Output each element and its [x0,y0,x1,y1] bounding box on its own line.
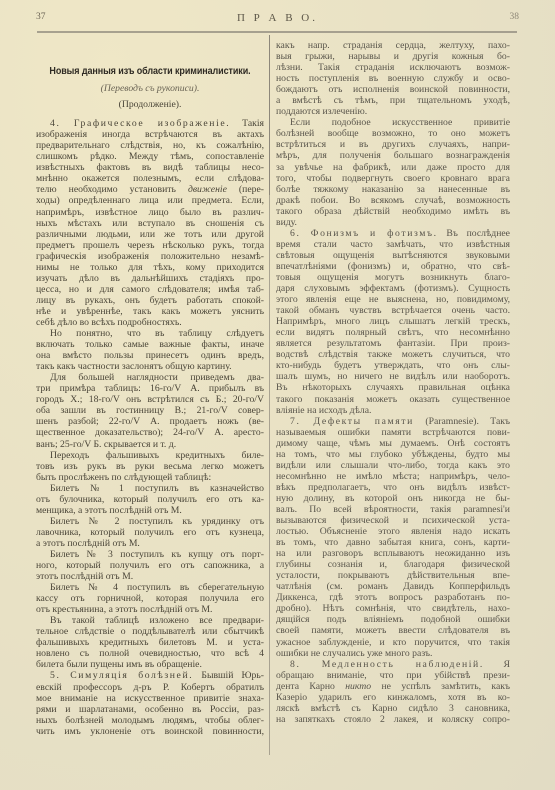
article-subtitle: (Переводъ съ рукописи). [36,83,264,94]
paragraph-phonism-photism: 6. Фонизмъ и фотизмъ. Въ послѣднее время… [276,228,510,416]
section-lead: 5. Симуляція болѣзней. [50,670,193,681]
header-rule [37,31,517,33]
right-column: какъ напр. страданія сердца, желтуху, па… [276,40,510,725]
paragraph-simulation-of-diseases: 5. Симуляція болѣзней. Бывшій Юрь- евскі… [36,670,264,736]
running-head: 37 П Р А В О. 38 [36,10,519,26]
paragraph: какъ напр. страданія сердца, желтуху, па… [276,40,510,117]
paragraph: Переходъ фальшивыхъ кредитныхъ биле- тов… [36,450,264,483]
paragraph: Если подобное искусственное привитіе бол… [276,117,510,227]
left-column: Новыя данныя изъ области криминалистики.… [36,40,264,737]
paragraph-memory-defects: 7. Дефекты памяти (Paramnesie). Такъ наз… [276,416,510,659]
column-divider-lower [269,195,270,755]
section-lead: 7. Дефекты памяти [290,416,414,427]
page-number-right: 38 [510,12,520,22]
section-lead: 6. Фонизмъ и фотизмъ. [290,228,438,239]
section-lead: 8. Медленность наблюденій. [290,659,484,670]
ticket-entry: Билетъ № 1 поступилъ въ казначейство отъ… [36,483,264,516]
paragraph: Для большей наглядности приведемъ два- т… [36,372,264,449]
paragraph-slowness-of-observation: 8. Медленность наблюденій. Я обращаю вни… [276,659,510,725]
paragraph-graphic-representation: 4. Графическое изображеніе. Такія изобра… [36,118,264,328]
column-divider [269,35,270,195]
ticket-entry: Билетъ № 4 поступилъ въ сберегательную к… [36,582,264,615]
scanned-page: 37 П Р А В О. 38 Новыя данныя изъ област… [0,0,555,790]
continuation-note: (Продолженіе). [36,99,264,110]
ticket-entry: Билетъ № 2 поступилъ къ урядинку отъ лав… [36,516,264,549]
emphasis: движеніе [188,184,227,195]
section-lead: 4. Графическое изображеніе. [50,118,230,129]
article-heading: Новыя данныя изъ области криминалистики. [47,66,252,77]
emphasis: никто [345,681,371,692]
journal-title: П Р А В О. [36,12,519,24]
ticket-entry: Билетъ № 3 поступилъ къ купцу отъ порт- … [36,549,264,582]
paragraph: Но понятно, что въ таблицу слѣдуетъ вклю… [36,328,264,372]
paragraph: Въ такой таблицѣ изложено все предвари- … [36,615,264,670]
